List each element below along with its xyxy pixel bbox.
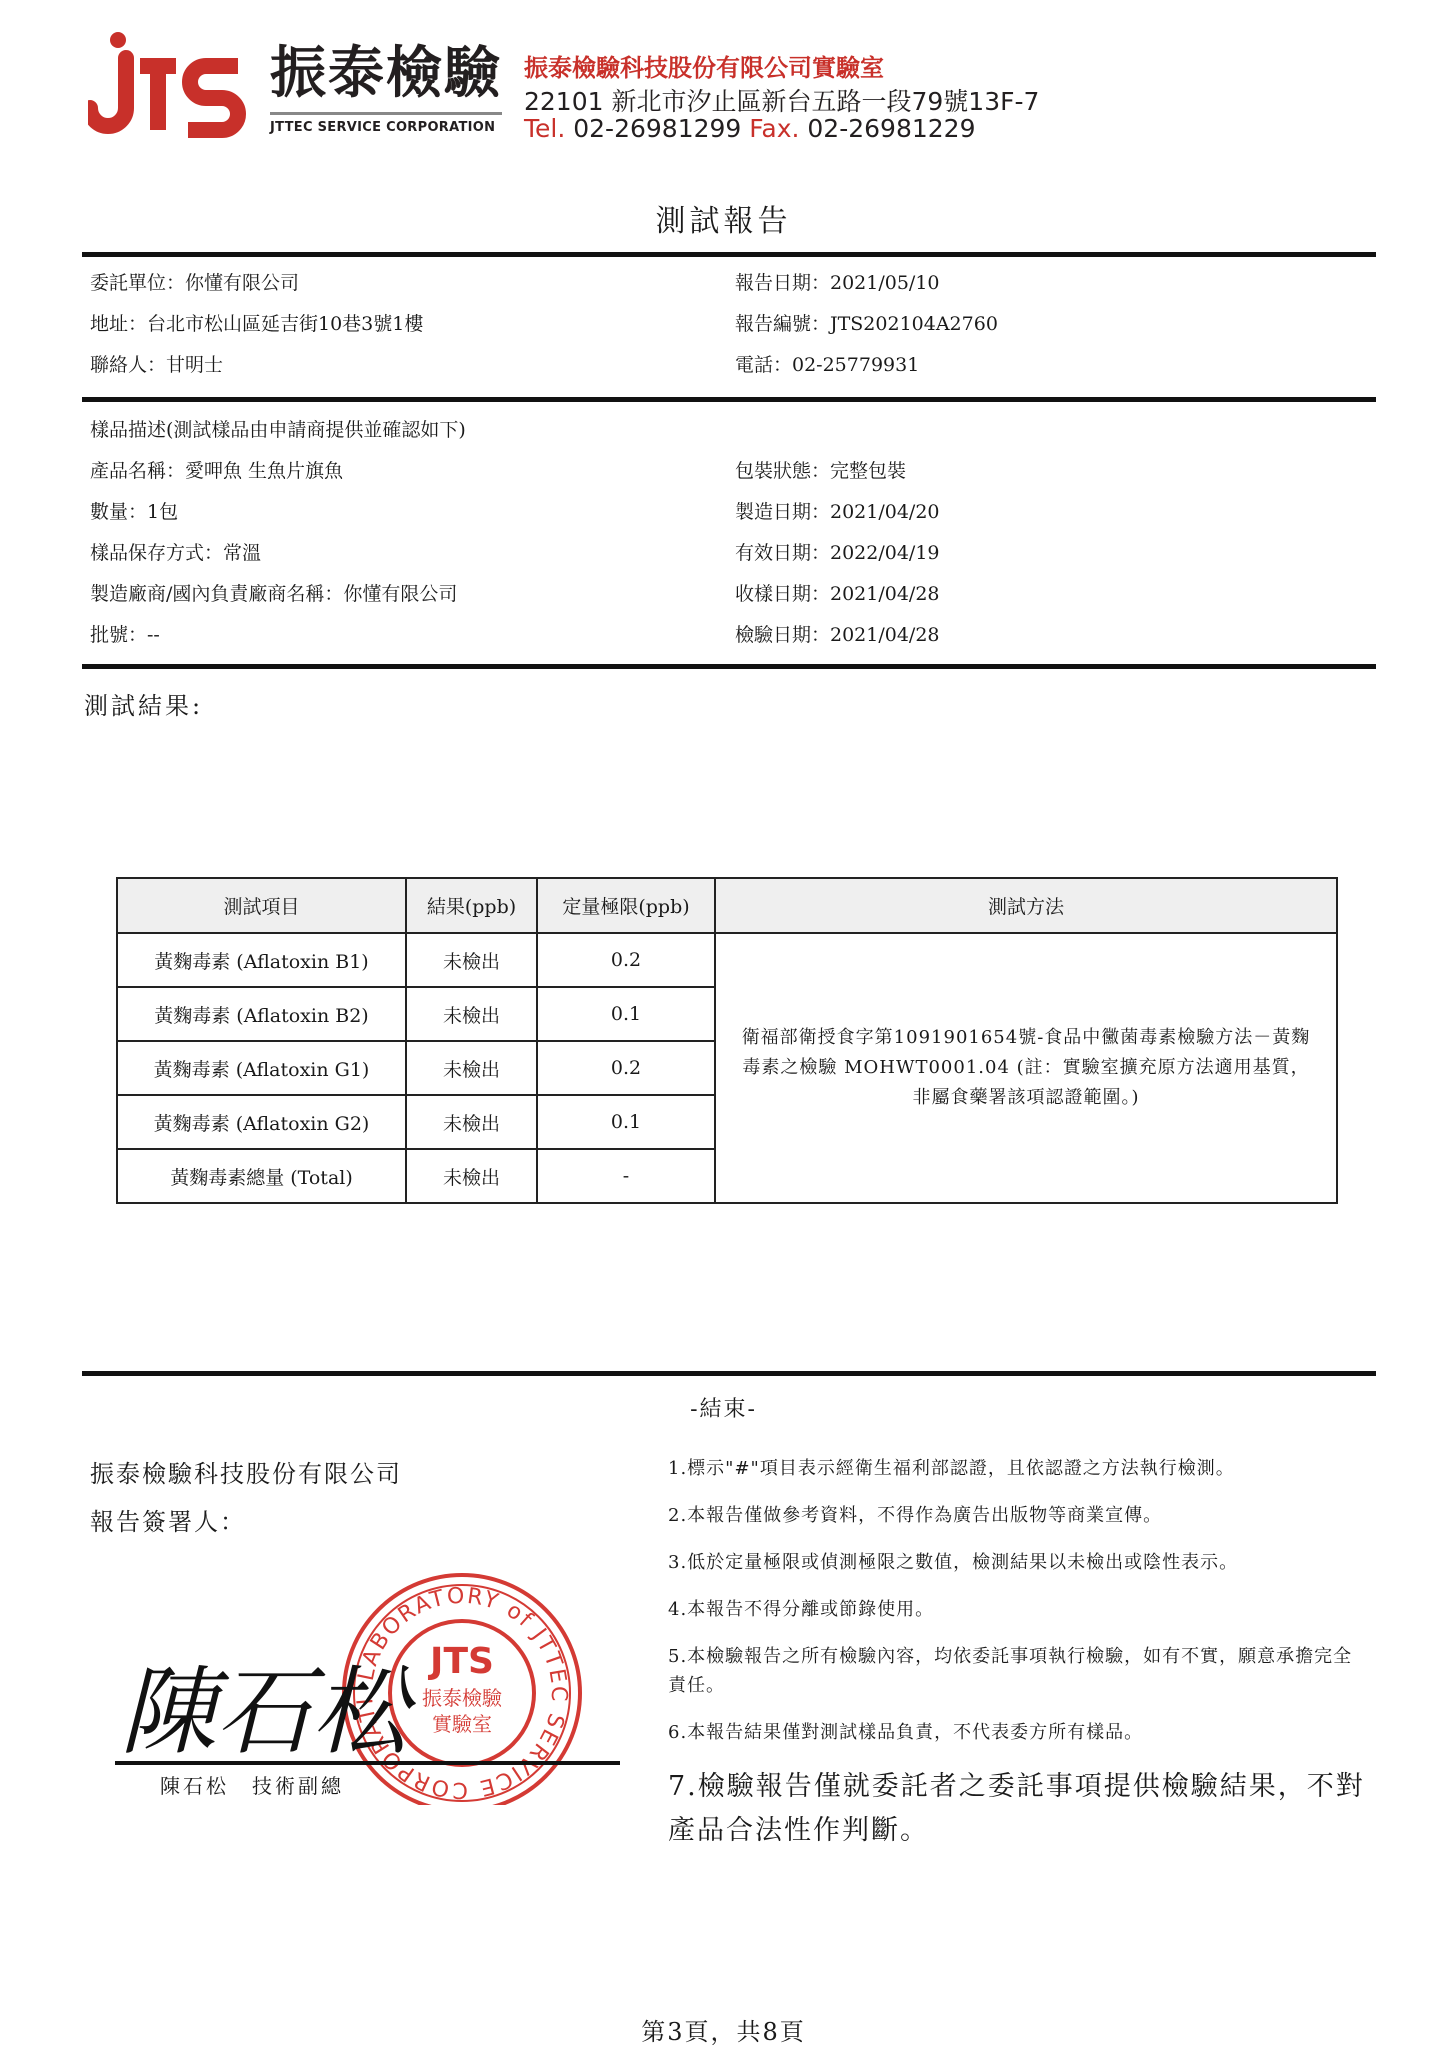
report-number: 報告編號：JTS202104A2760 [735,312,998,336]
note-item: 6.本報告結果僅對測試樣品負責，不代表委方所有樣品。 [668,1718,1368,1747]
divider [82,1371,1376,1376]
sample-received-date: 收樣日期：2021/04/28 [735,582,940,606]
sample-batch: 批號：-- [90,623,160,647]
results-table: 測試項目 結果(ppb) 定量極限(ppb) 測試方法 黃麴毒素 (Aflato… [116,877,1338,1204]
divider [82,252,1376,257]
sample-expiry-date: 有效日期：2022/04/19 [735,541,940,565]
cell-item: 黃麴毒素總量 (Total) [117,1149,406,1203]
col-header-method: 測試方法 [715,878,1337,933]
cell-item: 黃麴毒素 (Aflatoxin B2) [117,987,406,1041]
cell-loq: 0.1 [537,1095,715,1149]
col-header-loq: 定量極限(ppb) [537,878,715,933]
note-item: 2.本報告僅做參考資料，不得作為廣告出版物等商業宣傳。 [668,1501,1368,1530]
cell-result: 未檢出 [406,987,537,1041]
company-contact: Tel. 02-26981299 Fax. 02-26981229 [524,114,976,143]
tel-label: Tel. [524,114,565,143]
cell-item: 黃麴毒素 (Aflatoxin G2) [117,1095,406,1149]
results-heading: 測試結果: [84,686,203,721]
divider [82,397,1376,402]
note-item: 7.檢驗報告僅就委託者之委託事項提供檢驗結果，不對產品合法性作判斷。 [668,1765,1368,1853]
note-item: 1.標示"#"項目表示經衛生福利部認證，且依認證之方法執行檢測。 [668,1454,1368,1483]
svg-text:振泰檢驗: 振泰檢驗 [422,1686,503,1710]
fax-number: 02-26981229 [807,114,975,143]
tel-number: 02-26981299 [573,114,741,143]
table-header-row: 測試項目 結果(ppb) 定量極限(ppb) 測試方法 [117,878,1337,933]
company-name: 振泰檢驗科技股份有限公司實驗室 [524,48,884,83]
sample-heading: 樣品描述(測試樣品由申請商提供並確認如下) [90,418,466,442]
col-header-result: 結果(ppb) [406,878,537,933]
end-mark: -結束- [0,1392,1447,1423]
cell-item: 黃麴毒素 (Aflatoxin B1) [117,933,406,987]
page-number: 第3頁，共8頁 [0,2012,1447,2047]
logo-divider [270,112,502,115]
signing-company: 振泰檢驗科技股份有限公司 [90,1454,402,1489]
note-item: 5.本檢驗報告之所有檢驗內容，均依委託事項執行檢驗，如有不實，願意承擔完全責任。 [668,1642,1368,1700]
report-date: 報告日期：2021/05/10 [735,271,940,295]
client-address: 地址：台北市松山區延吉街10巷3號1樓 [90,312,423,336]
col-header-item: 測試項目 [117,878,406,933]
cell-result: 未檢出 [406,1041,537,1095]
svg-text:實驗室: 實驗室 [432,1712,492,1736]
notes-list: 1.標示"#"項目表示經衛生福利部認證，且依認證之方法執行檢測。 2.本報告僅做… [668,1454,1368,1871]
cell-item: 黃麴毒素 (Aflatoxin G1) [117,1041,406,1095]
sample-mfg-date: 製造日期：2021/04/20 [735,500,940,524]
sample-packaging: 包裝狀態：完整包裝 [735,459,906,483]
cell-loq: - [537,1149,715,1203]
company-address: 22101 新北市汐止區新台五路一段79號13F-7 [524,82,1039,118]
svg-text:JTS: JTS [427,1641,494,1682]
sample-test-date: 檢驗日期：2021/04/28 [735,623,940,647]
cell-result: 未檢出 [406,933,537,987]
logo-chinese-name: 振泰檢驗 [270,42,502,106]
signer-name-title: 陳石松 技術副總 [160,1770,344,1799]
cell-loq: 0.2 [537,1041,715,1095]
sample-storage: 樣品保存方式：常溫 [90,541,261,565]
sample-product-name: 產品名稱：愛呷魚 生魚片旗魚 [90,459,343,483]
cell-result: 未檢出 [406,1149,537,1203]
client-phone: 電話：02-25779931 [735,353,919,377]
note-item: 4.本報告不得分離或節錄使用。 [668,1595,1368,1624]
divider [82,664,1376,669]
signatory-label: 報告簽署人： [90,1502,246,1537]
signature-and-stamp: LABORATORY of JTTEC SERVICE CORPORATION … [110,1545,630,1805]
client-unit: 委託單位：你懂有限公司 [90,271,299,295]
page-title: 測試報告 [0,196,1447,240]
table-row: 黃麴毒素 (Aflatoxin B1) 未檢出 0.2 衛福部衛授食字第1091… [117,933,1337,987]
fax-label: Fax. [749,114,799,143]
cell-loq: 0.1 [537,987,715,1041]
cell-loq: 0.2 [537,933,715,987]
jts-logo-icon [88,30,248,140]
cell-result: 未檢出 [406,1095,537,1149]
sample-manufacturer: 製造廠商/國內負責廠商名稱：你懂有限公司 [90,582,457,606]
logo-english-name: JTTEC SERVICE CORPORATION [270,120,495,135]
sample-quantity: 數量：1包 [90,500,178,524]
client-contact: 聯絡人：甘明士 [90,353,223,377]
handwritten-signature: 陳石松 [120,1656,416,1768]
note-item: 3.低於定量極限或偵測極限之數值，檢測結果以未檢出或陰性表示。 [668,1548,1368,1577]
cell-method: 衛福部衛授食字第1091901654號-食品中黴菌毒素檢驗方法－黃麴毒素之檢驗 … [715,933,1337,1203]
